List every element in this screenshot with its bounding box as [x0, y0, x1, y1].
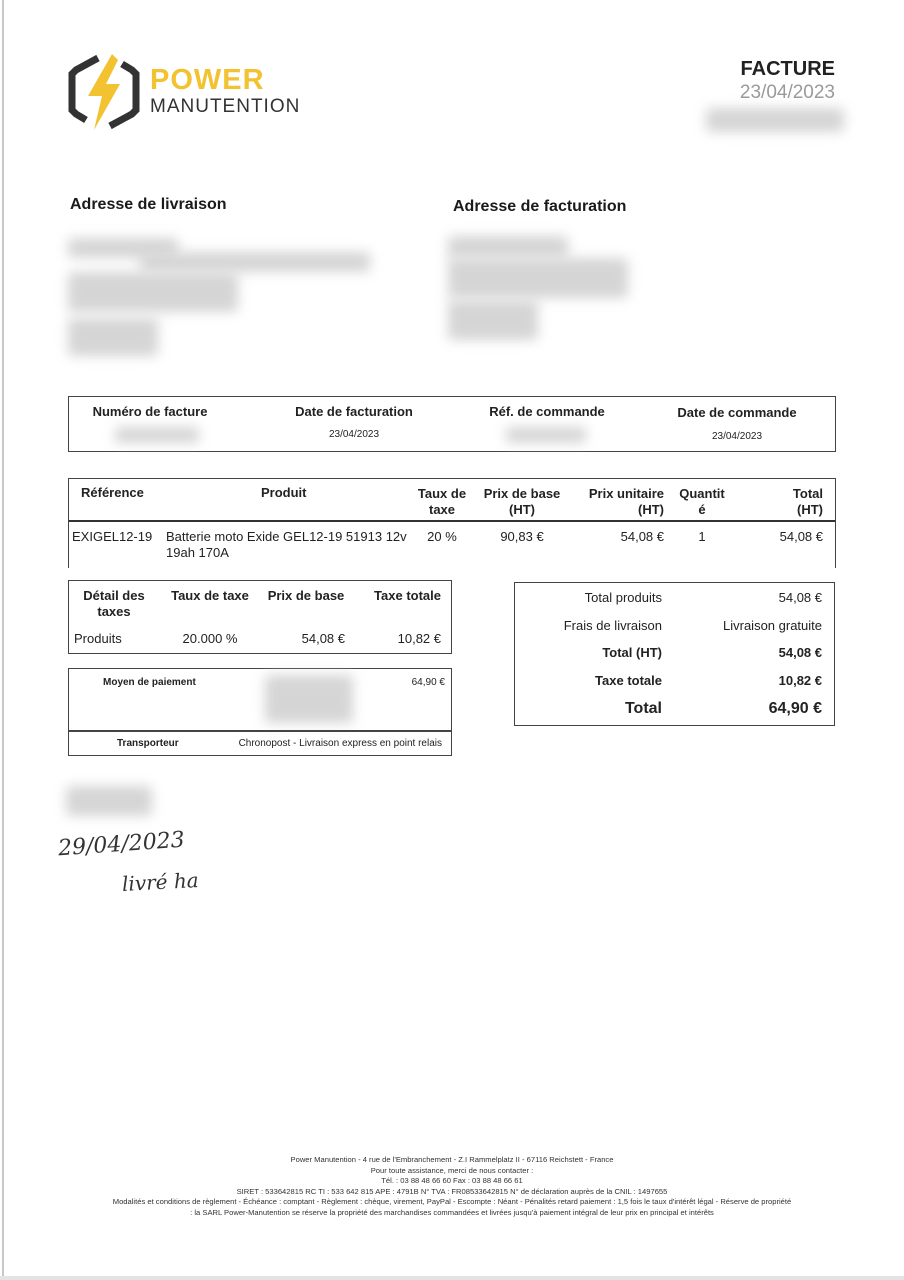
redacted-customer-id — [706, 108, 844, 132]
tax-row-base: 54,08 € — [261, 631, 345, 647]
invoice-number-column: Numéro de facture — [55, 397, 245, 419]
tax-detail-table: Détail des taxes Taux de taxe Prix de ba… — [68, 580, 452, 654]
row-tax-rate: 20 % — [409, 529, 475, 545]
page-edge-bottom — [0, 1276, 904, 1280]
document-date: 23/04/2023 — [740, 82, 835, 104]
tax-col-base: Prix de base — [261, 588, 351, 604]
tax-col-detail: Détail des taxes — [69, 588, 159, 620]
payment-amount: 64,90 € — [412, 675, 445, 691]
payment-divider — [69, 730, 451, 732]
payment-method-label: Moyen de paiement — [103, 675, 196, 691]
payment-box: Moyen de paiement 64,90 € Transporteur C… — [68, 668, 452, 756]
row-base-price: 90,83 € — [477, 529, 567, 545]
col-total: Total (HT) — [739, 486, 823, 518]
total-ht-row: Total (HT) 54,08 € — [515, 645, 834, 665]
billing-address-heading: Adresse de facturation — [453, 198, 626, 216]
order-ref-label: Réf. de commande — [452, 404, 642, 419]
handwritten-date: 29/04/2023 — [57, 828, 185, 862]
col-base-price: Prix de base (HT) — [477, 486, 567, 518]
page-edge — [2, 0, 4, 1280]
shipping-fees-row: Frais de livraison Livraison gratuite — [515, 618, 834, 638]
order-ref-column: Réf. de commande — [452, 397, 642, 419]
order-ref-redacted — [506, 427, 586, 443]
row-quantity: 1 — [671, 529, 733, 545]
totals-box: Total produits 54,08 € Frais de livraiso… — [514, 582, 835, 726]
invoice-number-label: Numéro de facture — [55, 404, 245, 419]
invoice-date-label: Date de facturation — [259, 404, 449, 419]
redacted-stamp — [66, 786, 152, 816]
lightning-hexagon-icon — [68, 52, 140, 132]
row-product: Batterie moto Exide GEL12-19 51913 12v 1… — [166, 529, 407, 561]
tax-row-rate: 20.000 % — [165, 631, 255, 647]
tax-col-rate: Taux de taxe — [165, 588, 255, 604]
company-logo: POWER MANUTENTION — [68, 52, 308, 132]
order-date-label: Date de commande — [642, 405, 832, 420]
total-products-row: Total produits 54,08 € — [515, 590, 834, 610]
tax-col-total: Taxe totale — [361, 588, 441, 604]
brand-name-power: POWER — [150, 64, 265, 97]
tax-row-total: 10,82 € — [361, 631, 441, 647]
tax-row-label: Produits — [74, 631, 122, 647]
delivery-address-heading: Adresse de livraison — [70, 196, 227, 214]
total-tax-row: Taxe totale 10,82 € — [515, 673, 834, 693]
col-product: Produit — [261, 485, 307, 501]
order-date-value: 23/04/2023 — [642, 431, 832, 442]
carrier-value: Chronopost - Livraison express en point … — [239, 736, 442, 752]
payment-method-redacted — [265, 675, 353, 723]
row-unit-price: 54,08 € — [569, 529, 664, 545]
brand-name-manutention: MANUTENTION — [150, 96, 300, 118]
col-reference: Référence — [81, 485, 144, 501]
col-unit-price: Prix unitaire (HT) — [569, 486, 664, 518]
invoice-number-redacted — [115, 427, 199, 443]
products-table-header: Référence Produit Taux de taxe Prix de b… — [69, 479, 835, 522]
legal-footer: Power Manutention - 4 rue de l'Embranche… — [60, 1155, 844, 1218]
row-reference: EXIGEL12-19 — [72, 529, 152, 545]
invoice-info-box: Numéro de facture Date de facturation 23… — [68, 396, 836, 452]
order-date-column: Date de commande 23/04/2023 — [642, 397, 832, 442]
row-total: 54,08 € — [739, 529, 823, 545]
products-table: Référence Produit Taux de taxe Prix de b… — [68, 478, 836, 568]
document-title: FACTURE — [741, 58, 835, 81]
grand-total-row: Total 64,90 € — [515, 700, 834, 720]
invoice-date-value: 23/04/2023 — [259, 429, 449, 440]
invoice-date-column: Date de facturation 23/04/2023 — [259, 397, 449, 440]
carrier-label: Transporteur — [117, 736, 179, 752]
col-tax-rate: Taux de taxe — [409, 486, 475, 518]
col-quantity: Quantit é — [671, 486, 733, 518]
handwritten-note: livré ha — [121, 868, 199, 896]
